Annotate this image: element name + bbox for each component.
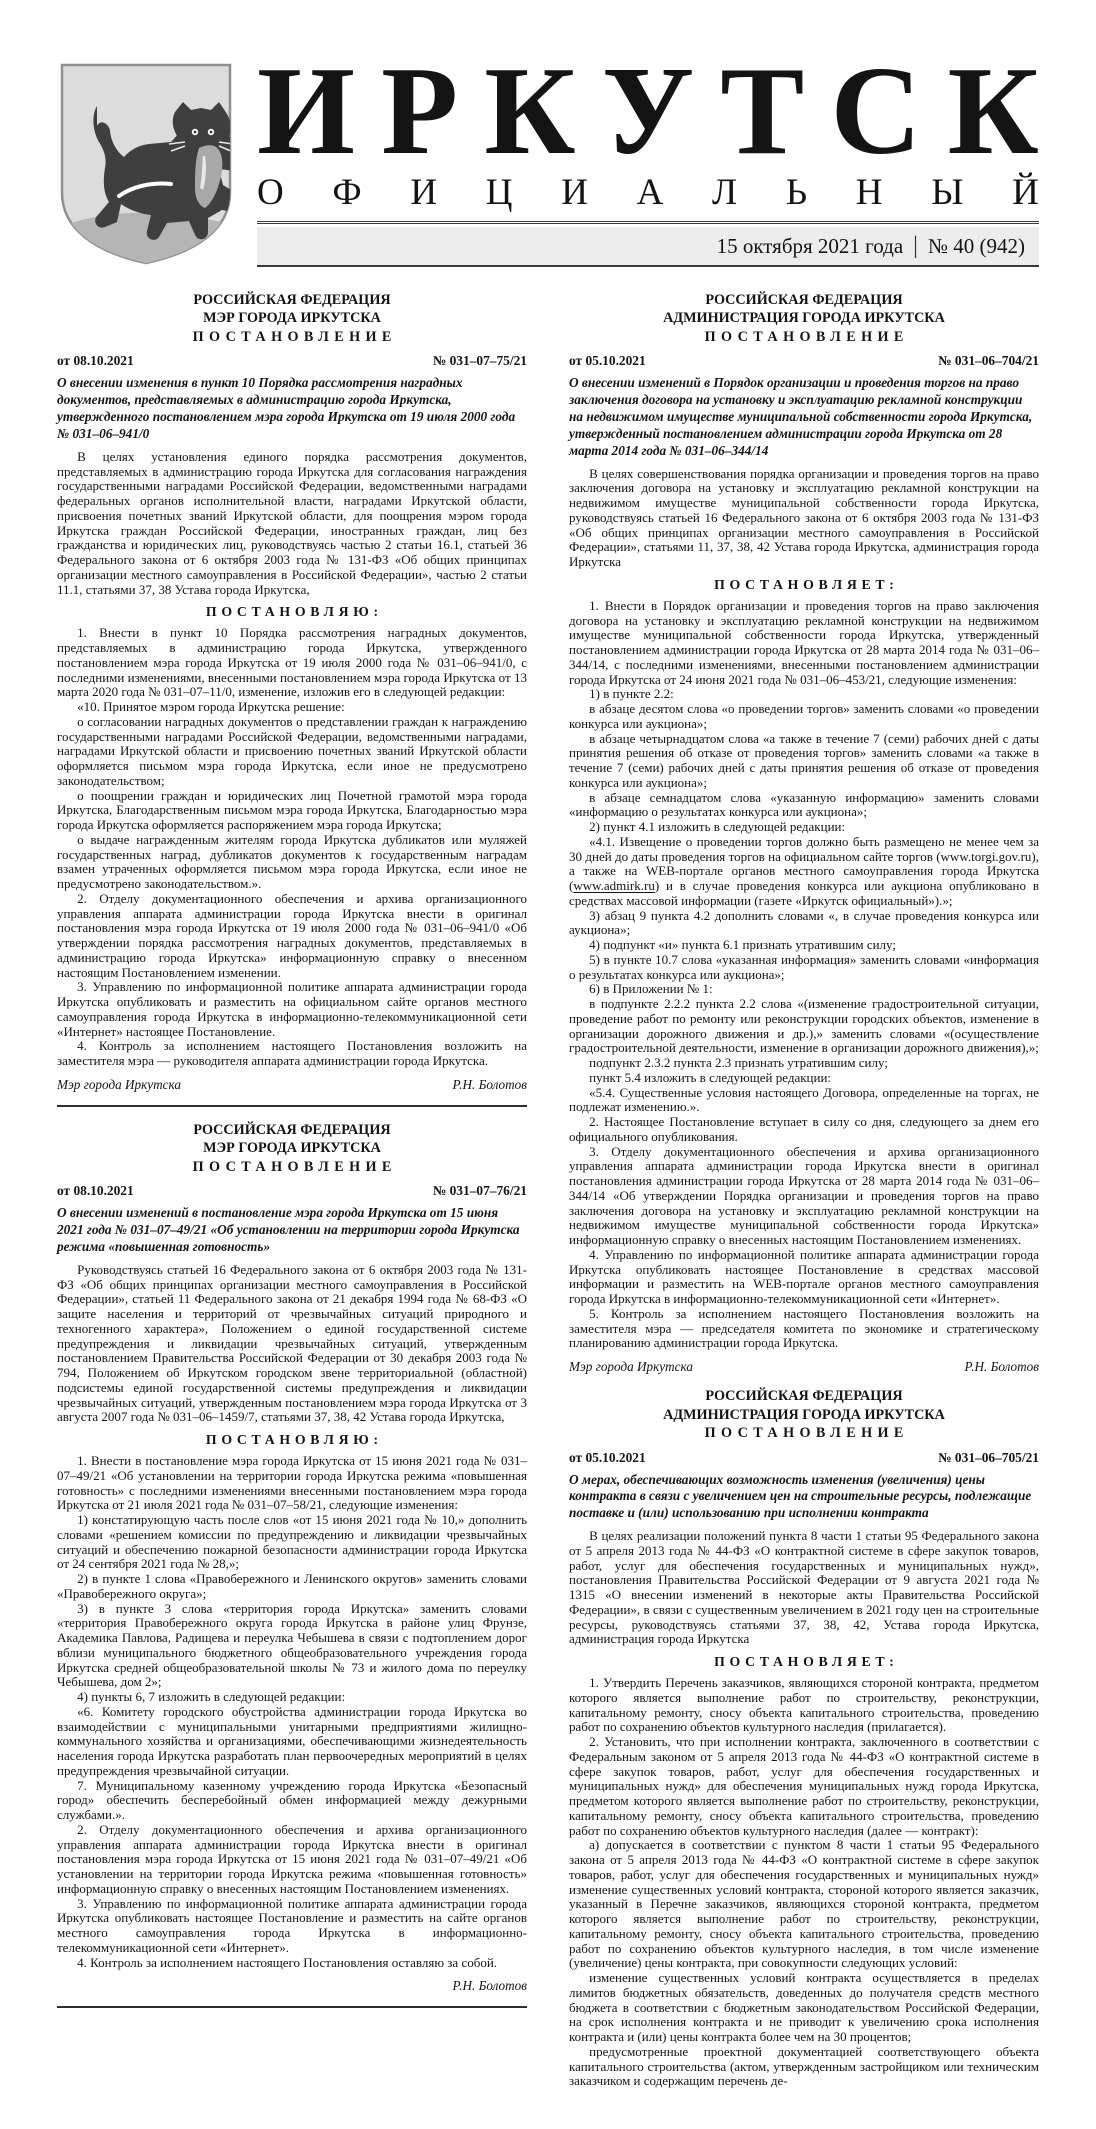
paragraph: Руководствуясь статьей 16 Федерального з… [57, 1263, 527, 1425]
paragraph: в подпункте 2.2.2 пункта 2.2 слова «(изм… [569, 997, 1039, 1056]
paragraph: 2. Отделу документационного обеспечения … [57, 1823, 527, 1897]
paragraph: а) допускается в соответствии с пунктом … [569, 1838, 1039, 1971]
paragraph: «5.4. Существенные условия настоящего До… [569, 1086, 1039, 1116]
paragraph: пункт 5.4 изложить в следующей редакции: [569, 1071, 1039, 1086]
paragraph: 5. Контроль за исполнением настоящего По… [569, 1307, 1039, 1351]
article: РОССИЙСКАЯ ФЕДЕРАЦИЯМЭР ГОРОДА ИРКУТСКАП… [57, 291, 527, 1107]
paragraph: 4. Управлению по информационной политике… [569, 1248, 1039, 1307]
signature-row: Мэр города ИркутскаР.Н. Болотов [569, 1359, 1039, 1375]
signature-position: Мэр города Иркутска [569, 1359, 693, 1375]
inline-link-text: www.admirk.ru [573, 878, 654, 893]
article-number: № 031–06–704/21 [938, 353, 1039, 369]
article-authority: АДМИНИСТРАЦИЯ ГОРОДА ИРКУТСКА [569, 1406, 1039, 1424]
article-authority: МЭР ГОРОДА ИРКУТСКА [57, 309, 527, 327]
article-title: О внесении изменения в пункт 10 Порядка … [57, 375, 527, 443]
article-title: О мерах, обеспечивающих возможность изме… [569, 1472, 1039, 1523]
article-title: О внесении изменений в постановление мэр… [57, 1205, 527, 1256]
signature-row: Р.Н. Болотов [57, 1978, 527, 1994]
paragraph: 2) пункт 4.1 изложить в следующей редакц… [569, 820, 1039, 835]
paragraph: «6. Комитету городского обустройства адм… [57, 1705, 527, 1779]
article-authority: АДМИНИСТРАЦИЯ ГОРОДА ИРКУТСКА [569, 309, 1039, 327]
signature-name: Р.Н. Болотов [964, 1359, 1039, 1375]
article-country: РОССИЙСКАЯ ФЕДЕРАЦИЯ [57, 291, 527, 309]
article-meta: от 05.10.2021№ 031–06–705/21 [569, 1450, 1039, 1466]
paragraph: 4) пункты 6, 7 изложить в следующей реда… [57, 1690, 527, 1705]
article-doc-type: ПОСТАНОВЛЕНИЕ [57, 1158, 527, 1176]
paragraph: о поощрении граждан и юридических лиц По… [57, 789, 527, 833]
article-divider [57, 1105, 527, 1107]
paragraph: изменение существенных условий контракта… [569, 1971, 1039, 2045]
signature-name: Р.Н. Болотов [452, 1978, 527, 1994]
irkutsk-coat-of-arms [57, 60, 235, 267]
date-band: 15 октября 2021 года | № 40 (942) [257, 227, 1039, 267]
left-column: РОССИЙСКАЯ ФЕДЕРАЦИЯМЭР ГОРОДА ИРКУТСКАП… [57, 291, 527, 2089]
resolve-heading: ПОСТАНОВЛЯЮ: [57, 604, 527, 620]
paragraph: о выдаче награжденным жителям города Ирк… [57, 833, 527, 892]
articles-area: РОССИЙСКАЯ ФЕДЕРАЦИЯМЭР ГОРОДА ИРКУТСКАП… [57, 291, 1039, 2089]
paragraph: 3. Управлению по информационной политике… [57, 980, 527, 1039]
article-date: от 05.10.2021 [569, 353, 646, 369]
article-number: № 031–06–705/21 [938, 1450, 1039, 1466]
paragraph: 1. Внести в пункт 10 Порядка рассмотрени… [57, 626, 527, 700]
paragraph: В целях реализации положений пункта 8 ча… [569, 1529, 1039, 1647]
date-separator: | [913, 233, 918, 260]
paragraph: «10. Принятое мэром города Иркутска реше… [57, 700, 527, 715]
paragraph: 2. Отделу документационного обеспечения … [57, 892, 527, 981]
article-number: № 031–07–75/21 [433, 353, 527, 369]
signature-position: Мэр города Иркутска [57, 1077, 181, 1093]
article-meta: от 05.10.2021№ 031–06–704/21 [569, 353, 1039, 369]
article: РОССИЙСКАЯ ФЕДЕРАЦИЯАДМИНИСТРАЦИЯ ГОРОДА… [569, 291, 1039, 1375]
resolve-heading: ПОСТАНОВЛЯЕТ: [569, 1654, 1039, 1670]
newspaper-title: ИРКУТСК [257, 60, 1039, 166]
article-country: РОССИЙСКАЯ ФЕДЕРАЦИЯ [57, 1121, 527, 1139]
paragraph: 1) констатирующую часть после слов «от 1… [57, 1513, 527, 1572]
paragraph: 3. Отделу документационного обеспечения … [569, 1145, 1039, 1248]
article-doc-type: ПОСТАНОВЛЕНИЕ [57, 328, 527, 346]
article: РОССИЙСКАЯ ФЕДЕРАЦИЯАДМИНИСТРАЦИЯ ГОРОДА… [569, 1387, 1039, 2089]
article-title: О внесении изменений в Порядок организац… [569, 375, 1039, 459]
article-doc-type: ПОСТАНОВЛЕНИЕ [569, 328, 1039, 346]
article-meta: от 08.10.2021№ 031–07–76/21 [57, 1183, 527, 1199]
issue-number: № 40 (942) [928, 234, 1025, 259]
resolve-heading: ПОСТАНОВЛЯЕТ: [569, 577, 1039, 593]
signature-name: Р.Н. Болотов [452, 1077, 527, 1093]
resolve-heading: ПОСТАНОВЛЯЮ: [57, 1432, 527, 1448]
article: РОССИЙСКАЯ ФЕДЕРАЦИЯМЭР ГОРОДА ИРКУТСКАП… [57, 1121, 527, 2008]
paragraph: о согласовании наградных документов о пр… [57, 715, 527, 789]
date-band-wrap: 15 октября 2021 года | № 40 (942) [257, 221, 1039, 267]
paragraph: В целях установления единого порядка рас… [57, 450, 527, 598]
paragraph: в абзаце четырнадцатом слова «а также в … [569, 732, 1039, 791]
paragraph: 1) в пункте 2.2: [569, 687, 1039, 702]
paragraph: 4) подпункт «и» пункта 6.1 признать утра… [569, 938, 1039, 953]
masthead-right: ИРКУТСК ОФИЦИАЛЬНЫЙ 15 октября 2021 года… [257, 60, 1039, 267]
article-date: от 08.10.2021 [57, 1183, 134, 1199]
paragraph: 3. Управлению по информационной политике… [57, 1897, 527, 1956]
paragraph: «4.1. Извещение о проведении торгов долж… [569, 835, 1039, 909]
article-country: РОССИЙСКАЯ ФЕДЕРАЦИЯ [569, 1387, 1039, 1405]
paragraph: 6) в Приложении № 1: [569, 982, 1039, 997]
issue-date: 15 октября 2021 года [717, 234, 904, 259]
article-authority: МЭР ГОРОДА ИРКУТСКА [57, 1139, 527, 1157]
paragraph: 2. Установить, что при исполнении контра… [569, 1735, 1039, 1838]
article-doc-type: ПОСТАНОВЛЕНИЕ [569, 1424, 1039, 1442]
article-meta: от 08.10.2021№ 031–07–75/21 [57, 353, 527, 369]
paragraph: В целях совершенствования порядка органи… [569, 467, 1039, 570]
right-column: РОССИЙСКАЯ ФЕДЕРАЦИЯАДМИНИСТРАЦИЯ ГОРОДА… [569, 291, 1039, 2089]
paragraph: в абзаце десятом слова «о проведении тор… [569, 702, 1039, 732]
paragraph: 1. Внести в Порядок организации и провед… [569, 599, 1039, 688]
paragraph: 1. Внести в постановление мэра города Ир… [57, 1454, 527, 1513]
article-divider [57, 2006, 527, 2008]
newspaper-subtitle: ОФИЦИАЛЬНЫЙ [257, 174, 1039, 211]
paragraph: 2) в пункте 1 слова «Правобережного и Ле… [57, 1572, 527, 1602]
signature-row: Мэр города ИркутскаР.Н. Болотов [57, 1077, 527, 1093]
paragraph: 7. Муниципальному казенному учреждению г… [57, 1779, 527, 1823]
article-country: РОССИЙСКАЯ ФЕДЕРАЦИЯ [569, 291, 1039, 309]
paragraph: в абзаце семнадцатом слова «указанную ин… [569, 791, 1039, 821]
masthead: ИРКУТСК ОФИЦИАЛЬНЫЙ 15 октября 2021 года… [57, 60, 1039, 267]
paragraph: предусмотренные проектной документацией … [569, 2045, 1039, 2089]
paragraph: 1. Утвердить Перечень заказчиков, являющ… [569, 1676, 1039, 1735]
paragraph: подпункт 2.3.2 пункта 2.3 признать утрат… [569, 1056, 1039, 1071]
newspaper-page: ИРКУТСК ОФИЦИАЛЬНЫЙ 15 октября 2021 года… [0, 0, 1096, 2129]
paragraph: 5) в пункте 10.7 слова «указанная информ… [569, 953, 1039, 983]
paragraph: 2. Настоящее Постановление вступает в си… [569, 1115, 1039, 1145]
paragraph: 4. Контроль за исполнением настоящего По… [57, 1956, 527, 1971]
paragraph: 3) абзац 9 пункта 4.2 дополнить словами … [569, 909, 1039, 939]
article-date: от 05.10.2021 [569, 1450, 646, 1466]
article-number: № 031–07–76/21 [433, 1183, 527, 1199]
ground-mound [57, 213, 235, 267]
article-date: от 08.10.2021 [57, 353, 134, 369]
paragraph: 3) в пункте 3 слова «территория города И… [57, 1602, 527, 1691]
paragraph: 4. Контроль за исполнением настоящего По… [57, 1039, 527, 1069]
